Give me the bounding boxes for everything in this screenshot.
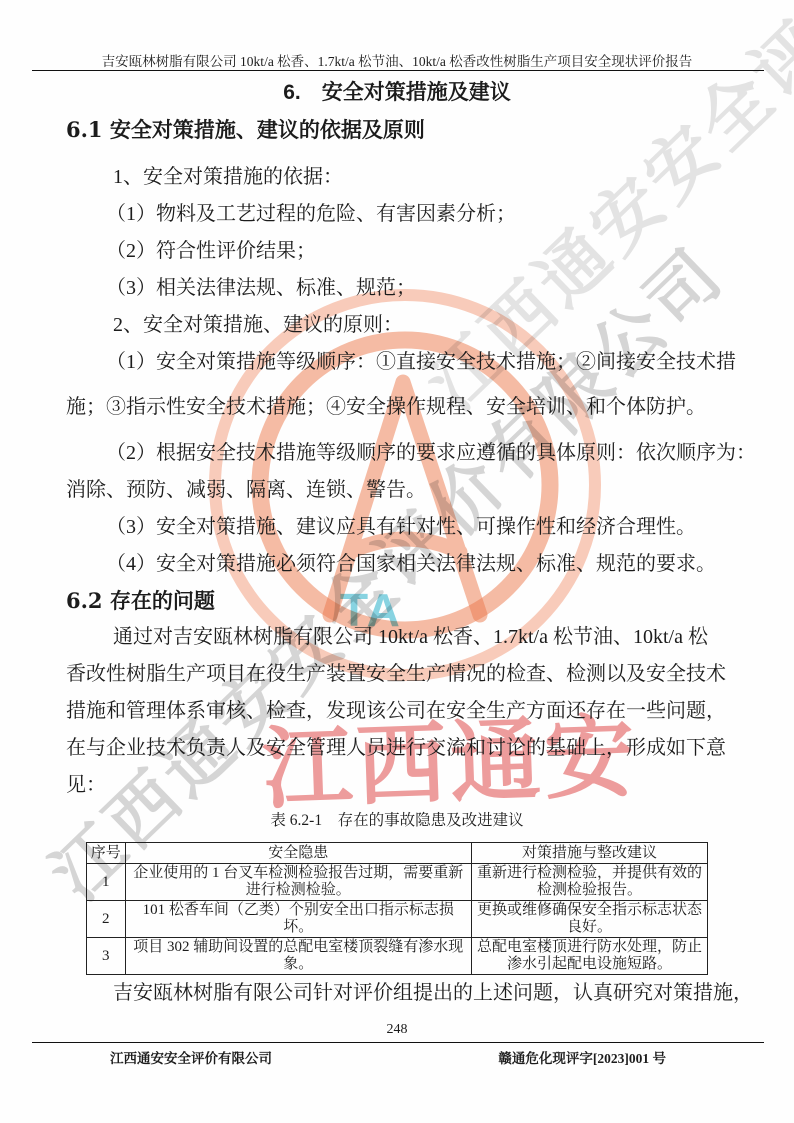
body-line: 香改性树脂生产项目在役生产装置安全生产情况的检查、检测以及安全技术 [66, 653, 742, 690]
table-row: 2 101 松香车间（乙类）个别安全出口指示标志损坏。 更换或维修确保安全指示标… [87, 901, 708, 938]
cell-measure: 重新进行检测检验，并提供有效的检测检验报告。 [472, 864, 708, 901]
body-line: （1）物料及工艺过程的危险、有害因素分析； [66, 193, 742, 230]
table-caption: 表 6.2-1 存在的事故隐患及改进建议 [0, 808, 794, 832]
cell-measure: 总配电室楼顶进行防水处理，防止渗水引起配电设施短路。 [472, 938, 708, 975]
cell-measure: 更换或维修确保安全指示标志状态良好。 [472, 901, 708, 938]
hazard-table: 序号 安全隐患 对策措施与整改建议 1 企业使用的 1 台叉车检测检验报告过期，… [86, 842, 708, 975]
cell-no: 2 [87, 901, 126, 938]
body-line: 2、安全对策措施、建议的原则： [66, 304, 742, 341]
body-line: （4）安全对策措施必须符合国家相关法律法规、标准、规范的要求。 [66, 543, 742, 580]
body-line: （3）相关法律法规、标准、规范； [66, 267, 742, 304]
body-line: （2）根据安全技术措施等级顺序的要求应遵循的具体原则：依次顺序为： [66, 432, 742, 469]
section-6-1-body: 1、安全对策措施的依据： （1）物料及工艺过程的危险、有害因素分析； （2）符合… [66, 156, 742, 580]
footer-row: 江西通安安全评价有限公司 赣通危化现评字[2023]001 号 [110, 1047, 666, 1067]
table-row: 3 项目 302 辅助间设置的总配电室楼顶裂缝有渗水现象。 总配电室楼顶进行防水… [87, 938, 708, 975]
body-line: 见： [66, 764, 742, 801]
body-line: 在与企业技术负责人及安全管理人员进行交流和讨论的基础上，形成如下意 [66, 727, 742, 764]
header-rule [32, 70, 764, 71]
section-6-2-body: 通过对吉安瓯林树脂有限公司 10kt/a 松香、1.7kt/a 松节油、10kt… [66, 616, 742, 801]
body-line: 吉安瓯林树脂有限公司针对评价组提出的上述问题，认真研究对策措施， [66, 972, 742, 1009]
closing-paragraph: 吉安瓯林树脂有限公司针对评价组提出的上述问题，认真研究对策措施， [66, 972, 742, 1009]
body-line: （3）安全对策措施、建议应具有针对性、可操作性和经济合理性。 [66, 506, 742, 543]
footer-rule [32, 1042, 764, 1043]
body-line: （2）符合性评价结果； [66, 230, 742, 267]
cell-hazard: 企业使用的 1 台叉车检测检验报告过期，需要重新进行检测检验。 [125, 864, 472, 901]
footer-doc-number: 赣通危化现评字[2023]001 号 [498, 1047, 666, 1067]
cell-no: 1 [87, 864, 126, 901]
footer-company: 江西通安安全评价有限公司 [110, 1047, 272, 1067]
cell-no: 3 [87, 938, 126, 975]
col-header-no: 序号 [87, 843, 126, 864]
section-heading-6-2: 6.2 存在的问题 [66, 585, 215, 615]
body-line: 1、安全对策措施的依据： [66, 156, 742, 193]
body-line: 措施和管理体系审核、检查，发现该公司在安全生产方面还存在一些问题， [66, 690, 742, 727]
cell-hazard: 项目 302 辅助间设置的总配电室楼顶裂缝有渗水现象。 [125, 938, 472, 975]
page-header-title: 吉安瓯林树脂有限公司 10kt/a 松香、1.7kt/a 松节油、10kt/a … [0, 50, 794, 70]
col-header-measure: 对策措施与整改建议 [472, 843, 708, 864]
body-line: 施；③指示性安全技术措施；④安全操作规程、安全培训、和个体防护。 [66, 386, 742, 423]
table-row: 1 企业使用的 1 台叉车检测检验报告过期，需要重新进行检测检验。 重新进行检测… [87, 864, 708, 901]
chapter-title: 6. 安全对策措施及建议 [0, 76, 794, 106]
cell-hazard: 101 松香车间（乙类）个别安全出口指示标志损坏。 [125, 901, 472, 938]
document-page: 江西通安安全评价有限公司 江西通安安全评价有限公司 TA 江西通安 吉安瓯林树脂… [0, 0, 794, 1123]
body-line: 消除、预防、减弱、隔离、连锁、警告。 [66, 469, 742, 506]
page-number: 248 [0, 1022, 794, 1038]
body-line: （1）安全对策措施等级顺序：①直接安全技术措施；②间接安全技术措 [66, 341, 742, 378]
body-line: 通过对吉安瓯林树脂有限公司 10kt/a 松香、1.7kt/a 松节油、10kt… [66, 616, 742, 653]
table-header-row: 序号 安全隐患 对策措施与整改建议 [87, 843, 708, 864]
col-header-hazard: 安全隐患 [125, 843, 472, 864]
section-heading-6-1: 6.1 安全对策措施、建议的依据及原则 [66, 114, 425, 144]
